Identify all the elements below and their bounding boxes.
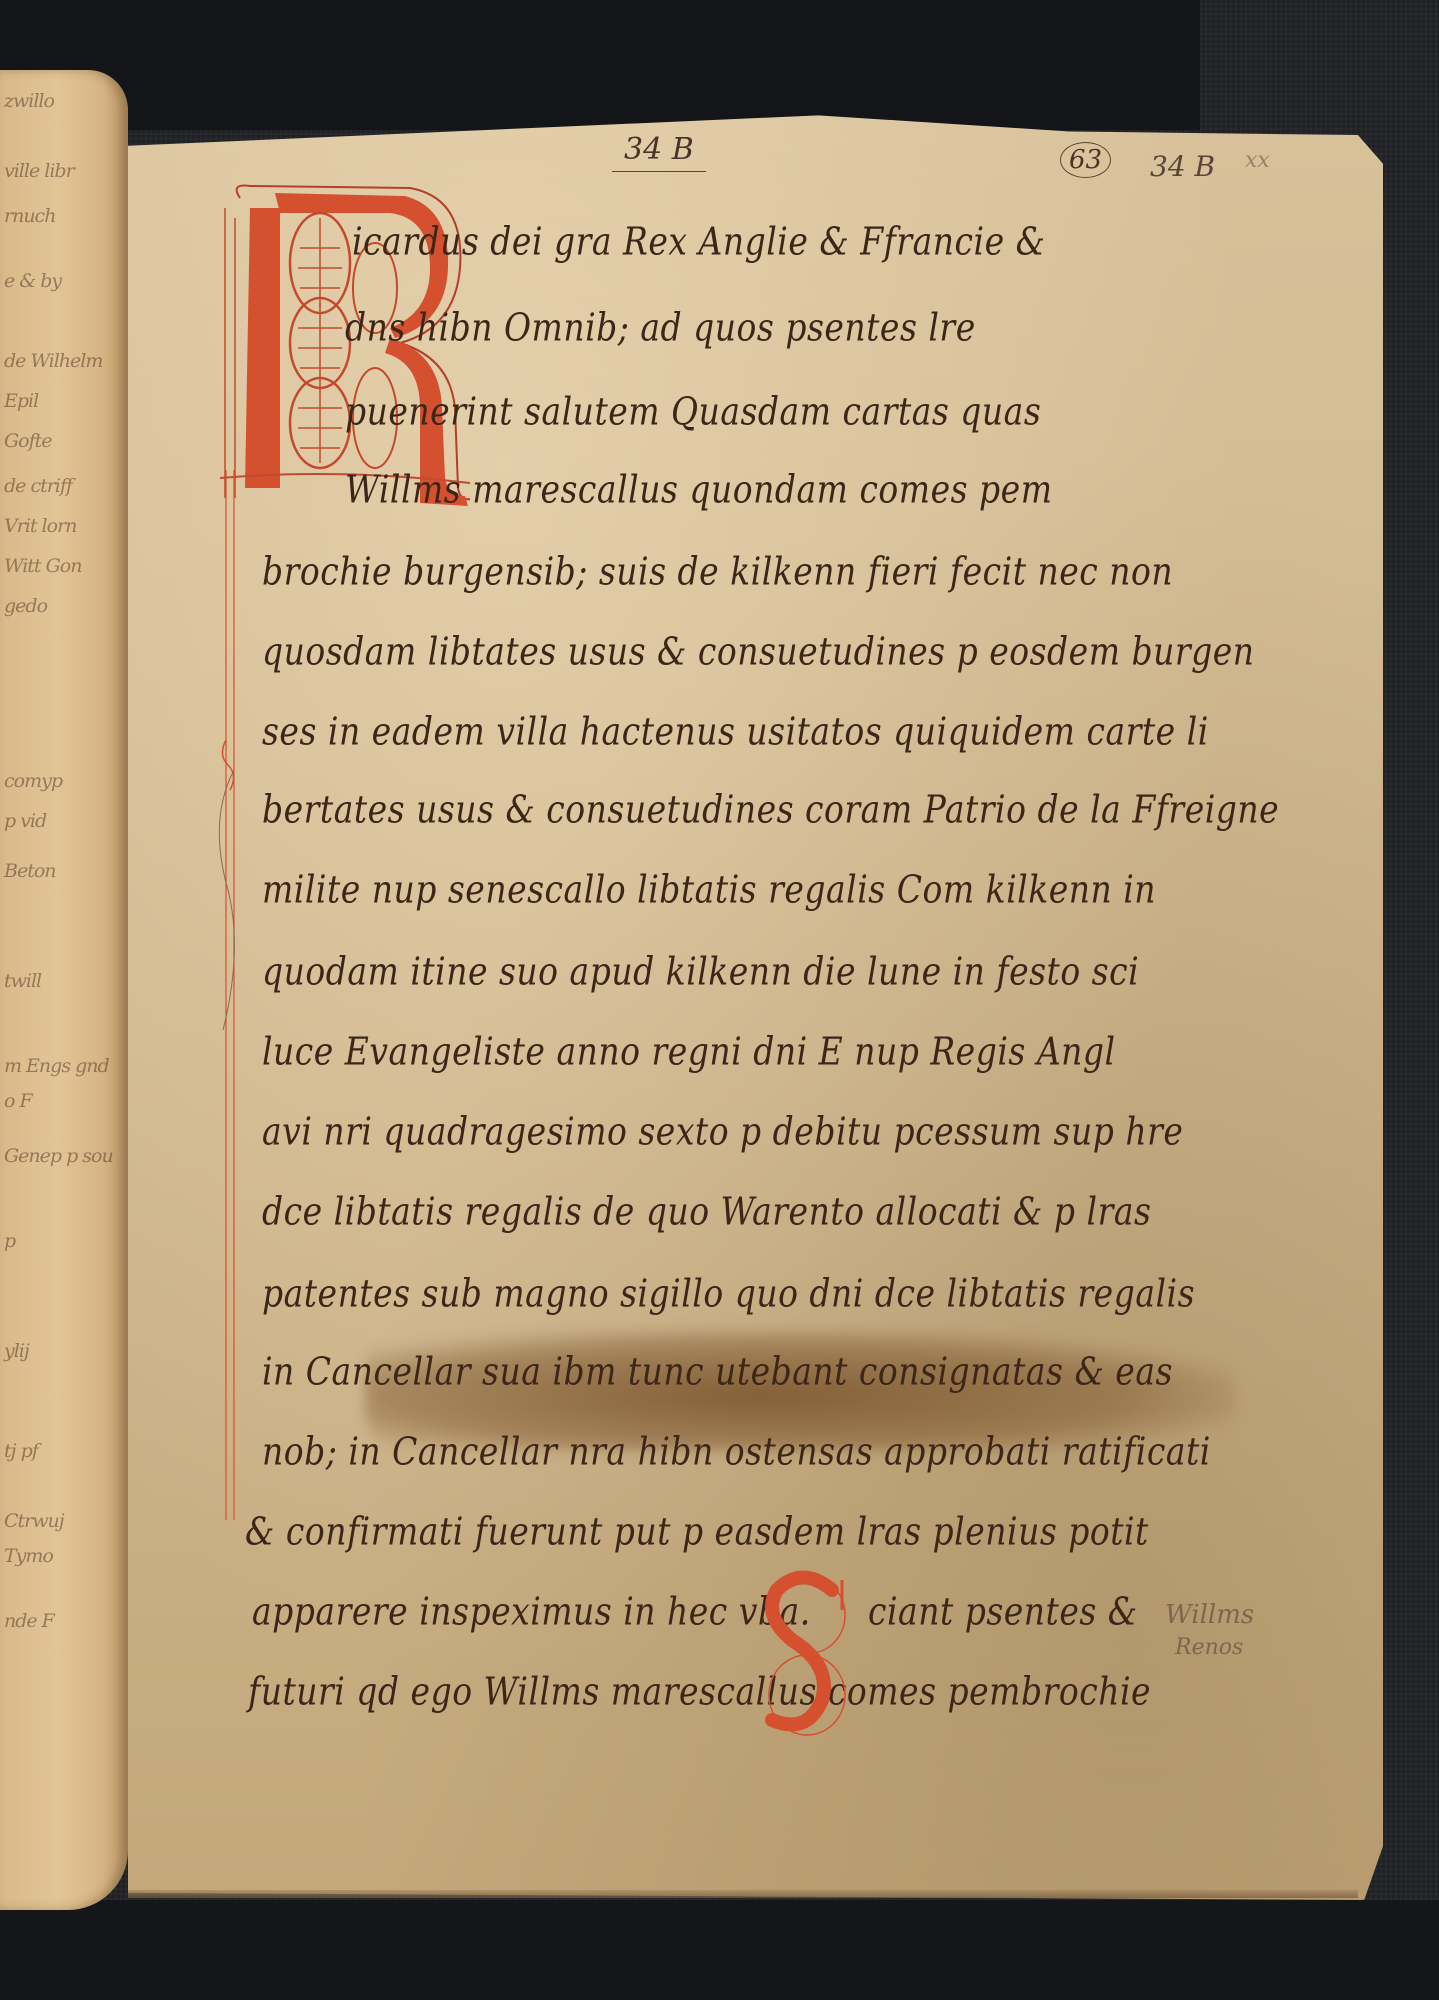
text-line-8: bertates usus & consuetudines coram Patr… <box>262 787 1279 832</box>
text-line-19: futuri qd ego Willms marescallus comes p… <box>248 1669 1151 1714</box>
left-note: e & by <box>4 270 61 292</box>
bottom-shadow <box>0 1900 1439 2000</box>
folio-bottom-edge <box>128 1890 1358 1898</box>
left-note: de ctriff <box>4 475 72 497</box>
facing-page-edge: zwillo ville libr rnuch e & by de Wilhel… <box>0 70 128 1910</box>
left-note: rnuch <box>4 205 55 227</box>
text-line-1: icardus dei gra Rex Anglie & Ffrancie & <box>352 219 1045 264</box>
text-line-18a: apparere inspeximus in hec vba. <box>252 1589 811 1634</box>
left-note: o F <box>4 1090 32 1112</box>
text-line-5: brochie burgensib; suis de kilkenn fieri… <box>262 549 1173 594</box>
left-note: Genep p sou <box>4 1145 113 1167</box>
top-shadow <box>0 0 1200 130</box>
text-line-6: quosdam libtates usus & consuetudines p … <box>262 629 1255 674</box>
left-note: ylij <box>4 1340 29 1362</box>
text-line-7: ses in eadem villa hactenus usitatos qui… <box>262 709 1209 754</box>
text-line-17: & confirmati fuerunt put p easdem lras p… <box>245 1509 1149 1554</box>
text-line-9: milite nup senescallo libtatis regalis C… <box>262 867 1156 912</box>
left-note: m Engs gnd <box>4 1055 109 1077</box>
left-note: p <box>4 1230 15 1252</box>
left-note: ville libr <box>4 160 74 182</box>
text-line-13: dce libtatis regalis de quo Warento allo… <box>262 1189 1151 1234</box>
left-note: twill <box>4 970 41 992</box>
folio-number-center: 34 B <box>612 132 706 172</box>
folio-number-faint: xx <box>1245 148 1270 173</box>
left-note: Epil <box>4 390 38 412</box>
left-note: Beton <box>4 860 56 882</box>
text-line-11: luce Evangeliste anno regni dni E nup Re… <box>262 1029 1116 1074</box>
folio-number-circled: 63 <box>1060 142 1111 178</box>
text-line-14: patentes sub magno sigillo quo dni dce l… <box>262 1271 1195 1316</box>
left-note: nde F <box>4 1610 54 1632</box>
left-note: Tymo <box>4 1545 53 1567</box>
left-note: Witt Gon <box>4 555 81 577</box>
marginal-note: Willms <box>1165 1600 1254 1630</box>
left-note: p vid <box>4 810 46 832</box>
left-note: tj pf <box>4 1440 38 1462</box>
left-note: zwillo <box>4 90 54 112</box>
text-line-16: nob; in Cancellar nra hibn ostensas appr… <box>262 1429 1211 1474</box>
left-note: Vrit lorn <box>4 515 76 537</box>
text-line-12: avi nri quadragesimo sexto p debitu pces… <box>262 1109 1183 1154</box>
text-line-18b: ciant psentes & <box>868 1589 1138 1634</box>
left-note: comyp <box>4 770 62 792</box>
left-note: de Wilhelm <box>4 350 102 372</box>
text-line-2: dns hibn Omnib; ad quos psentes lre <box>345 305 976 350</box>
marginal-note: Renos <box>1175 1635 1243 1660</box>
left-note: Gofte <box>4 430 52 452</box>
text-line-10: quodam itine suo apud kilkenn die lune i… <box>262 949 1139 994</box>
red-border-vine-icon <box>218 470 248 1520</box>
left-note: Ctrwuj <box>4 1510 64 1532</box>
text-line-15: in Cancellar sua ibm tunc utebant consig… <box>262 1349 1173 1394</box>
left-note: gedo <box>4 595 47 617</box>
decorated-initial-s-icon <box>762 1570 852 1740</box>
folio-number-right: 34 B <box>1150 150 1215 183</box>
text-line-4: Willms marescallus quondam comes pem <box>345 467 1053 512</box>
text-line-3: puenerint salutem Quasdam cartas quas <box>345 389 1041 434</box>
